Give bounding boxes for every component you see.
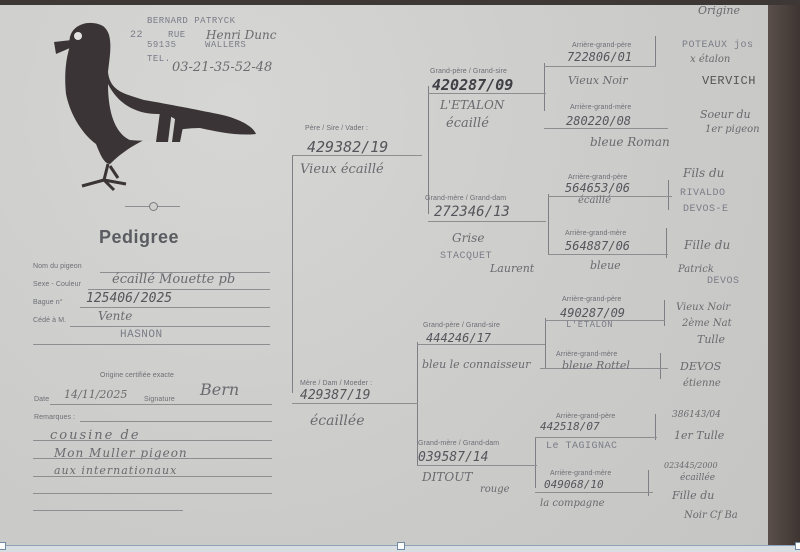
ggp3-label: Arrière-grand-père [562,296,621,303]
ggp3-remark-3: Tulle [697,333,725,346]
ggm3-remark-1: DEVOS [680,360,721,373]
date-value: 14/11/2025 [64,388,127,401]
gp1-line [428,93,546,94]
ggm1-remark-2: 1er pigeon [705,124,760,135]
resize-handle-right[interactable] [795,542,800,550]
owner-city: WALLERS [205,40,246,50]
remarks-rule-3 [33,476,272,477]
sire-line [292,155,422,156]
bred-by-value2: HASNON [120,329,163,341]
ggp3-ring: 490287/09 [560,306,625,320]
sire-label: Père / Sire / Vader : [305,125,368,132]
dam-line [292,403,418,404]
remarks-rule-5 [33,510,183,511]
resize-handle-left[interactable] [0,542,6,550]
ggm4-note: la compagne [540,498,605,509]
gp1-label: Grand-père / Grand-sire [430,68,507,75]
ggp2-note: écaillé [578,195,611,206]
photo-right-edge [768,5,800,545]
owner-street-prefix: RUE [168,30,186,40]
ring-line [80,307,270,308]
pedigree-document: BERNARD PATRYCK 22 RUE Henri Dunc 59135 … [0,0,770,545]
gg-sep-1 [655,36,656,66]
ggm3-remark-2: étienne [683,378,721,389]
sex-line [88,289,270,290]
owner-postcode: 59135 [147,40,177,50]
ggp1-remark-3: x étalon [690,54,730,65]
ggp3-remark-2: 2ème Nat [682,318,732,329]
sire-note: Vieux écaillé [300,162,384,177]
gp2-label: Grand-mère / Grand-dam [425,195,506,202]
dam-label: Mère / Dam / Moeder : [300,380,372,387]
ggp2-remark-1: Fils du [683,166,724,180]
gp3-note1: bleu le connaisseur [422,358,530,371]
ggp2-ring: 564653/06 [565,181,630,195]
ggp3-note: L'ETALON [566,320,613,330]
ggp1-ring: 722806/01 [567,50,632,64]
ggp2-label: Arrière-grand-père [568,174,627,181]
signature: Bern [200,380,239,399]
resize-handle-center[interactable] [397,542,405,550]
ggp4-line [535,437,657,438]
ggm1-remark-1: Soeur du [700,108,751,121]
ggp3-remark-1: Vieux Noir [676,302,730,313]
ggp4-ring: 442518/07 [540,420,600,433]
sex-color-value: écaillé Mouette pb [112,272,235,287]
owner-name: BERNARD PATRYCK [147,16,236,26]
ggp4-remark-1: 386143/04 [672,410,721,420]
ggm2-ring: 564887/06 [565,239,630,253]
tree-bracket-parents [292,155,293,393]
ring-value: 125406/2025 [86,291,172,306]
sire-ring: 429382/19 [307,138,388,156]
gp2-ring: 272346/13 [434,204,510,220]
owner-tel-label: TEL. [147,54,171,64]
gp1-note2: écaillé [446,116,489,131]
ring-label: Bague n° [33,299,63,306]
ggm3-label: Arrière-grand-mère [556,351,617,358]
tree-bracket-gg1 [544,63,545,111]
bred-by-label: Cédé à M. [33,317,66,324]
ggm4-line [535,492,653,493]
sex-color-label: Sexe - Couleur [33,281,81,288]
ggm2-line [548,254,668,255]
gp3-ring: 444246/17 [426,331,491,345]
owner-tel: 03-21-35-52-48 [172,60,272,75]
gp4-note2: rouge [480,484,510,495]
ggp2-remark-2: RIVALDO [680,188,726,199]
gp3-label: Grand-père / Grand-sire [423,322,500,329]
tree-bracket-dam-side [417,342,418,466]
remarks-line [80,421,272,422]
gp2-note1: Grise [452,231,484,245]
bred-by-value: Vente [98,309,132,323]
tree-bracket-gg4 [535,438,536,488]
ggm1-line [544,128,668,129]
ggm1-label: Arrière-grand-mère [570,104,631,111]
page-title: Pedigree [99,227,179,248]
bred-line-2 [33,344,270,345]
signature-label: Signature [144,396,175,403]
ggp2-remark-3: DEVOS-E [683,204,729,215]
ggp4-label: Arrière-grand-père [556,413,615,420]
gg-sep-6 [660,353,661,379]
ggp1-remark-4: VERVICH [702,74,756,88]
ggp1-remark-2: POTEAUX jos [682,40,754,51]
gp2-note2: STACQUET [440,251,492,262]
certified-label: Origine certifiée exacte [100,372,174,379]
remarks-rule-4 [33,493,272,494]
ggp1-line [544,66,656,67]
bred-line [70,326,270,327]
ggm4-remark-1: 023445/2000 [664,461,718,470]
photo-top-edge [0,0,800,5]
gp4-note1: DITOUT [422,470,472,484]
name-label: Nom du pigeon [33,263,82,270]
tree-bracket-gg2 [548,194,549,254]
ggp1-remark-1: Origine [698,4,740,17]
gp3-line [417,344,545,345]
gp4-line [417,465,537,466]
ggm2-note: bleue [590,259,621,272]
ggm4-remark-4: Noir Cf Ba [684,510,738,521]
gp4-ring: 039587/14 [418,450,488,465]
owner-street-no: 22 [130,30,143,41]
gp4-label: Grand-mère / Grand-dam [418,440,499,447]
ggm2-remark-1: Fille du [684,238,730,252]
gp1-ring: 420287/09 [432,76,513,94]
ggm4-remark-2: écaillée [680,473,715,483]
ggp1-note: Vieux Noir [568,74,628,87]
remarks-label: Remarques : [34,414,75,421]
date-label: Date [34,396,49,403]
ggm4-ring: 049068/10 [544,478,604,491]
ggp4-remark-2: 1er Tulle [674,429,724,442]
ggp1-label: Arrière-grand-père [572,42,631,49]
ggm1-ring: 280220/08 [566,114,631,128]
gg-sep-5 [664,300,665,326]
remarks-rule-2 [33,458,272,459]
ggm2-label: Arrière-grand-mère [565,230,626,237]
gp1-note1: L'ETALON [440,98,504,112]
gp2-line [428,221,546,222]
tree-bracket-gg3 [545,318,546,368]
ggm1-note: bleue Roman [590,135,670,149]
ggm4-remark-3: Fille du [672,489,714,502]
dam-note: écaillée [310,413,364,429]
ggp4-note: Le TAGIGNAC [546,441,618,452]
ggm4-label: Arrière-grand-mère [550,470,611,477]
ggm2-remark-2: Patrick [678,264,714,275]
ggm3-note: bleue Rottel [562,359,630,372]
date-line [50,404,272,405]
gg-sep-3 [668,180,669,210]
ggm2-remark-3: DEVOS [707,276,740,287]
dam-ring: 429387/19 [300,388,370,403]
remarks-rule-1 [33,440,272,441]
gp2-note3: Laurent [490,262,534,275]
ornament-dot [149,202,158,211]
